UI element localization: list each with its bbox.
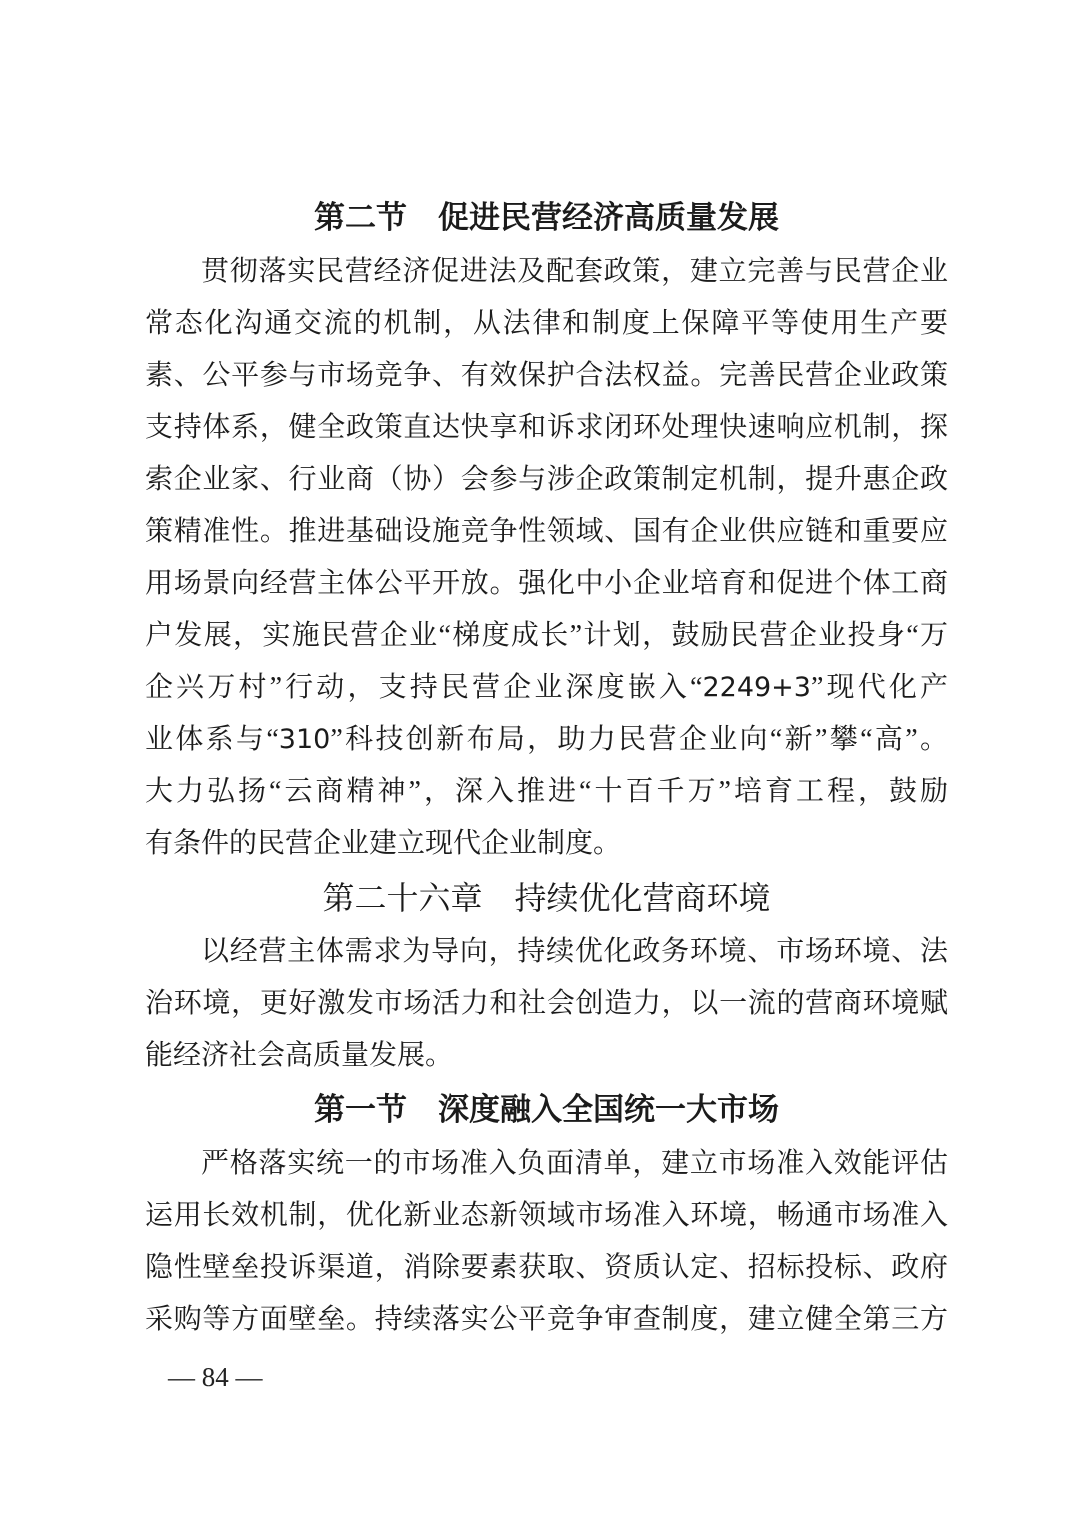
paragraph-line: 用场景向经营主体公平开放。强化中小企业培育和促进个体工商 xyxy=(145,558,948,610)
paragraph-line: 策精准性。推进基础设施竞争性领域、国有企业供应链和重要应 xyxy=(145,506,948,558)
section-heading-1: 第二节 促进民营经济高质量发展 xyxy=(145,190,948,246)
paragraph-line: 贯彻落实民营经济促进法及配套政策，建立完善与民营企业 xyxy=(145,246,948,298)
document-page: { "document": { "section1_heading": "第二节… xyxy=(0,0,1074,1520)
body-text-segment: 企兴万村”行动，支持民营企业深度嵌入“ xyxy=(145,672,702,703)
paragraph-line: 户发展，实施民营企业“梯度成长”计划，鼓励民营企业投身“万 xyxy=(145,610,948,662)
page-number: — 84 — xyxy=(168,1352,263,1402)
inline-number: 2249+3 xyxy=(702,672,811,703)
body-text-segment: ”科技创新布局，助力民营企业向“新”攀“高”。 xyxy=(330,724,948,755)
paragraph-line: 常态化沟通交流的机制，从法律和制度上保障平等使用生产要 xyxy=(145,298,948,350)
paragraph-2: 以经营主体需求为导向，持续优化政务环境、市场环境、法 治环境，更好激发市场活力和… xyxy=(145,926,948,1082)
paragraph-line: 隐性壁垒投诉渠道，消除要素获取、资质认定、招标投标、政府 xyxy=(145,1242,948,1294)
paragraph-line: 业体系与“310”科技创新布局，助力民营企业向“新”攀“高”。 xyxy=(145,714,948,766)
body-text-segment: 业体系与“ xyxy=(145,724,279,755)
paragraph-line: 治环境，更好激发市场活力和社会创造力，以一流的营商环境赋 xyxy=(145,978,948,1030)
paragraph-line: 采购等方面壁垒。持续落实公平竞争审查制度，建立健全第三方 xyxy=(145,1294,948,1346)
document-body: 第二节 促进民营经济高质量发展 贯彻落实民营经济促进法及配套政策，建立完善与民营… xyxy=(145,190,948,1346)
paragraph-line: 以经营主体需求为导向，持续优化政务环境、市场环境、法 xyxy=(145,926,948,978)
body-text-segment: ”现代化产 xyxy=(811,672,948,703)
paragraph-1: 贯彻落实民营经济促进法及配套政策，建立完善与民营企业 常态化沟通交流的机制，从法… xyxy=(145,246,948,870)
section-heading-2: 第一节 深度融入全国统一大市场 xyxy=(145,1082,948,1138)
paragraph-3: 严格落实统一的市场准入负面清单，建立市场准入效能评估 运用长效机制，优化新业态新… xyxy=(145,1138,948,1346)
paragraph-line: 能经济社会高质量发展。 xyxy=(145,1030,948,1082)
paragraph-line: 索企业家、行业商（协）会参与涉企政策制定机制，提升惠企政 xyxy=(145,454,948,506)
paragraph-line: 大力弘扬“云商精神”，深入推进“十百千万”培育工程，鼓励 xyxy=(145,766,948,818)
chapter-heading: 第二十六章 持续优化营商环境 xyxy=(145,870,948,926)
paragraph-line: 支持体系，健全政策直达快享和诉求闭环处理快速响应机制，探 xyxy=(145,402,948,454)
paragraph-line: 运用长效机制，优化新业态新领域市场准入环境，畅通市场准入 xyxy=(145,1190,948,1242)
paragraph-line: 企兴万村”行动，支持民营企业深度嵌入“2249+3”现代化产 xyxy=(145,662,948,714)
paragraph-line: 有条件的民营企业建立现代企业制度。 xyxy=(145,818,948,870)
paragraph-line: 素、公平参与市场竞争、有效保护合法权益。完善民营企业政策 xyxy=(145,350,948,402)
paragraph-line: 严格落实统一的市场准入负面清单，建立市场准入效能评估 xyxy=(145,1138,948,1190)
inline-number: 310 xyxy=(279,724,331,755)
